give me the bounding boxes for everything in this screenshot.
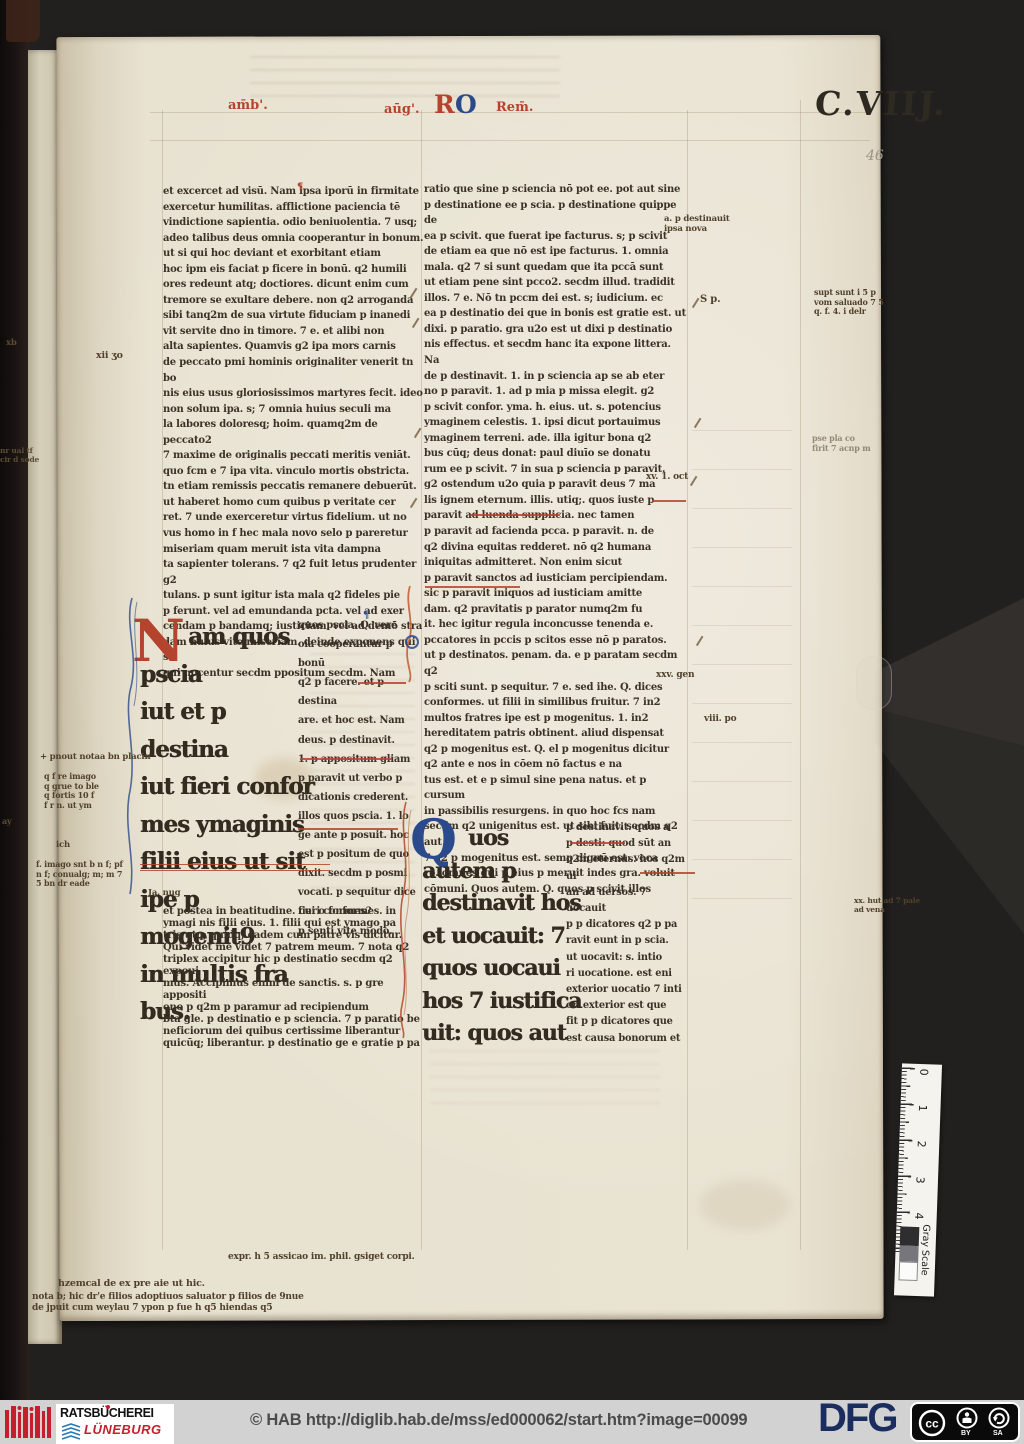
umlaut-dot bbox=[106, 1405, 110, 1409]
page-holder-wedge bbox=[875, 598, 1024, 934]
ruling-line bbox=[800, 100, 801, 1250]
chapter-number: C.VIIJ. bbox=[814, 84, 949, 123]
margin-note-right: viii. po bbox=[704, 714, 736, 724]
right-column-lemma: uos autem p destinavit hos et uocauit: 7… bbox=[422, 822, 582, 1050]
margin-note-right: pse pla co firit 7 acnp m bbox=[812, 434, 870, 453]
red-underline bbox=[652, 500, 686, 502]
red-underline bbox=[570, 842, 625, 844]
left-column-continuation: et postea in beatitudine. cui o formes? … bbox=[163, 906, 425, 1050]
ruler-number: 3 bbox=[913, 1176, 926, 1188]
page-holder-clip bbox=[875, 598, 1024, 934]
red-underline bbox=[640, 872, 695, 874]
red-underline bbox=[425, 586, 520, 588]
cc-sa-label: SA bbox=[993, 1430, 1003, 1437]
header-rubric-ro-o: O bbox=[455, 90, 477, 119]
red-underline bbox=[300, 758, 392, 760]
photo-background: am̄b'. aūg'. R O Rem̄. C.VIIJ. 46 et exc… bbox=[0, 0, 1024, 1400]
book-waves-icon bbox=[60, 1423, 82, 1440]
ruler-patch-dark bbox=[900, 1226, 920, 1246]
foot-note: nota b; hic dr'e filios adoptiuos saluat… bbox=[32, 1292, 392, 1314]
left-column-body: et excercet ad visū. Nam ipsa iporū in f… bbox=[163, 184, 425, 682]
sliver-fragment: nr ual tf cir d sode bbox=[0, 446, 39, 464]
ruler-number: 4 bbox=[912, 1212, 925, 1224]
ruler-number: 2 bbox=[914, 1140, 927, 1152]
erased-text-ghost bbox=[250, 56, 560, 100]
margin-note-right: supt sunt i 5 p vom saluado 7 5 q. f. 4.… bbox=[814, 288, 884, 317]
cc-license-badge: cc BY SA bbox=[910, 1402, 1020, 1442]
bleedthrough-ghost bbox=[430, 1050, 660, 1110]
cc-by-label: BY bbox=[961, 1430, 971, 1437]
header-rubric-ro-r: R bbox=[434, 90, 455, 119]
library-city: LÜNEBURG bbox=[84, 1422, 162, 1437]
parchment-stain bbox=[700, 1180, 790, 1230]
footer-bar: RATSBÜCHEREI LÜNEBURG © HAB http://digli… bbox=[0, 1400, 1024, 1444]
header-rubric-amb: am̄b'. bbox=[228, 98, 268, 113]
margin-note-right: xx. hut ad 7 pale ad vena bbox=[854, 896, 920, 914]
margin-note-left: Ja. nug bbox=[148, 888, 180, 898]
ruler-number: 1 bbox=[916, 1104, 929, 1116]
right-column-body: ratio que sine p sciencia nō pot ee. pot… bbox=[424, 182, 688, 897]
margin-note-left: q f re imago q grue to ble q fortis 10 f… bbox=[44, 772, 99, 810]
paragraph-mark: ¶ bbox=[363, 610, 369, 621]
ruler-patch-white bbox=[898, 1261, 918, 1281]
red-underline bbox=[358, 682, 406, 684]
header-rubric-rem: Rem̄. bbox=[496, 100, 533, 115]
book-binding bbox=[0, 0, 30, 1400]
library-logo: RATSBÜCHEREI LÜNEBURG bbox=[56, 1404, 174, 1444]
right-column-gloss: p destinavit. quos a p desti: quod sūt a… bbox=[566, 820, 688, 1047]
cc-by-person-icon bbox=[956, 1407, 978, 1429]
cc-icon: cc bbox=[918, 1409, 946, 1437]
foot-note: hzemcal de ex pre aie ut hic. bbox=[58, 1278, 205, 1289]
red-double-underline bbox=[140, 864, 330, 871]
library-bars-icon bbox=[4, 1404, 52, 1440]
cc-sa-arrow-icon bbox=[988, 1407, 1010, 1429]
margin-note-right: xxv. gen bbox=[656, 670, 694, 680]
pen-flourish-red bbox=[394, 800, 416, 1040]
svg-text:cc: cc bbox=[925, 1417, 939, 1431]
header-rubric-aug: aūg'. bbox=[384, 102, 419, 117]
digitized-manuscript-viewer: am̄b'. aūg'. R O Rem̄. C.VIIJ. 46 et exc… bbox=[0, 0, 1024, 1444]
red-underline bbox=[298, 828, 398, 830]
margin-note-right: xv. 1. oct bbox=[646, 472, 688, 482]
folio-number-pencil: 46 bbox=[866, 148, 884, 164]
margin-note-right: S p. bbox=[700, 294, 720, 305]
pen-flourish-blue bbox=[122, 596, 142, 896]
margin-note-left: + pnout notaa bn placin bbox=[40, 752, 150, 762]
page-holder-wedge bbox=[875, 598, 1024, 934]
ruling-line bbox=[150, 140, 870, 141]
ruler-label: Gray Scale bbox=[918, 1224, 931, 1294]
margin-note-left: xii ʒo bbox=[96, 350, 123, 361]
margin-note-left: ich bbox=[56, 840, 70, 850]
red-underline bbox=[470, 514, 560, 516]
dfg-logo: DFG bbox=[818, 1396, 896, 1441]
sliver-fragment: ay bbox=[2, 816, 11, 826]
margin-note-right: a. p destinauit ipsa nova bbox=[664, 214, 730, 234]
paragraph-mark: ¶ bbox=[297, 182, 303, 193]
binding-top-edge bbox=[6, 0, 40, 42]
foot-note: expr. h 5 assicao im. phil. gsiget corpi… bbox=[228, 1252, 415, 1262]
grayscale-ruler: 0 1 2 3 4 Gray Scale bbox=[894, 1063, 942, 1296]
copyright-text: © HAB http://diglib.hab.de/mss/ed000062/… bbox=[250, 1411, 747, 1430]
paragraph-ornament bbox=[400, 584, 422, 684]
margin-ruling bbox=[692, 430, 792, 930]
margin-note-left: f. imago snt b n f; pf n f; conualg; m; … bbox=[36, 860, 123, 889]
sliver-fragment: xb bbox=[6, 338, 17, 348]
ruler-patch-mid bbox=[899, 1245, 919, 1262]
page-holder-tip bbox=[856, 656, 892, 710]
ruler-number: 0 bbox=[917, 1068, 930, 1080]
